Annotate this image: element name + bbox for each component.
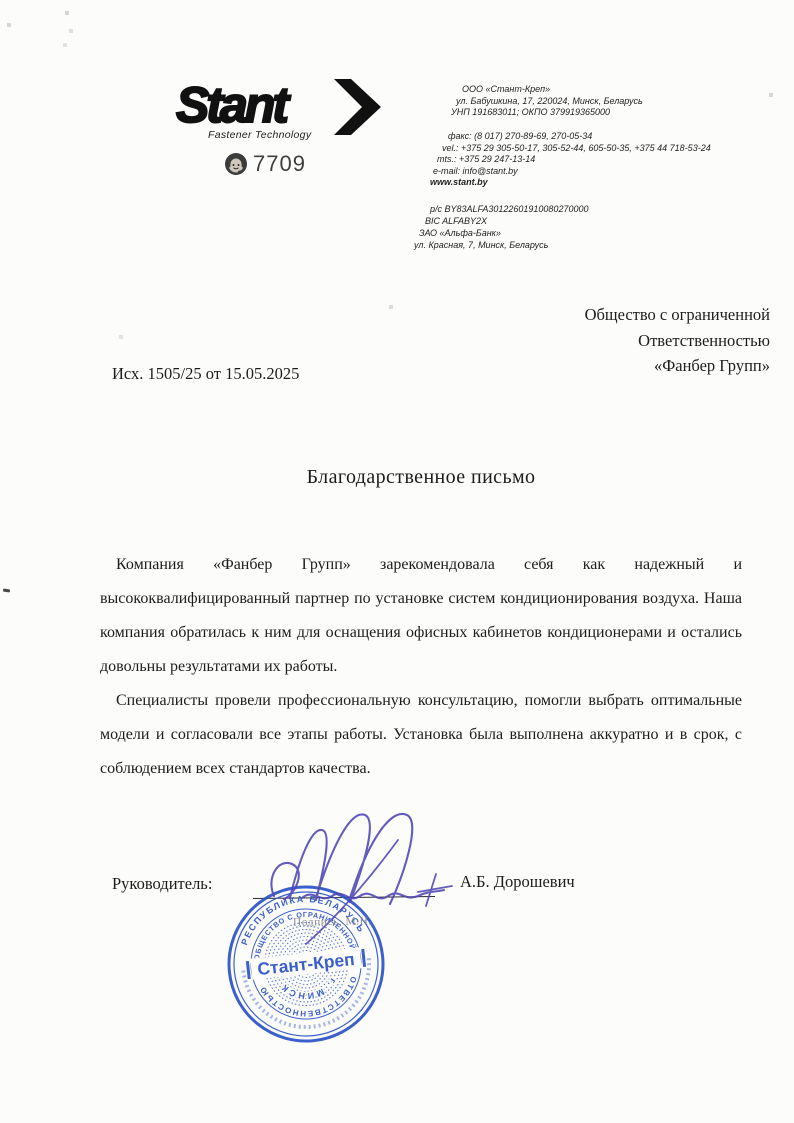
company-address: ул. Бабушкина, 17, 220024, Минск, Белару… <box>456 96 643 108</box>
logo-wordmark: Stant <box>176 80 311 130</box>
velcom-line: vel.: +375 29 305-50-17, 305-52-44, 605-… <box>442 143 711 155</box>
paragraph: Специалисты провели профессиональную кон… <box>100 684 742 786</box>
handwritten-signature-ink <box>246 806 496 951</box>
stamp-inner-bottom-text: г. МИНСК <box>278 976 340 1004</box>
operator-number: 7709 <box>253 151 306 177</box>
operator-headset-icon <box>224 152 248 176</box>
recipient-line: Общество с ограниченной <box>585 302 770 328</box>
paragraph: Компания «Фанбер Групп» зарекомендовала … <box>100 548 742 684</box>
company-logo: Stant Fastener Technology <box>176 80 311 141</box>
recipient-line: «Фанбер Групп» <box>585 353 770 379</box>
company-address-block: ООО «Стант-Креп» ул. Бабушкина, 17, 2200… <box>448 84 643 119</box>
stamp-overlay-note: Подпись, М.Н. <box>293 915 372 928</box>
logo-tagline: Fastener Technology <box>208 129 311 141</box>
bank-details-block: р/с BY83ALFA30122601910080270000 BIC ALF… <box>414 203 588 251</box>
email-line: e-mail: info@stant.by <box>433 166 711 178</box>
svg-text:г. МИНСК: г. МИНСК <box>278 976 340 1004</box>
reference-number: Исх. 1505/25 от 15.05.2025 <box>112 364 299 384</box>
bank-account: р/с BY83ALFA30122601910080270000 <box>430 203 588 215</box>
mts-line: mts.: +375 29 247-13-14 <box>437 154 711 166</box>
fax-line: факс: (8 017) 270-89-69, 270-05-34 <box>448 131 711 143</box>
letter-title: Благодарственное письмо <box>100 466 742 489</box>
bank-bic: BIC ALFABY2X <box>425 215 588 227</box>
logo-chevron-icon <box>334 78 384 138</box>
scan-noise <box>0 0 2 2</box>
support-line: 7709 <box>224 151 306 177</box>
contact-block: факс: (8 017) 270-89-69, 270-05-34 vel.:… <box>430 131 711 189</box>
scanned-letter-page: Stant Fastener Technology 7709 ООО «Стан… <box>0 0 794 1123</box>
signer-role-label: Руководитель: <box>112 874 212 894</box>
recipient-line: Ответственностью <box>585 328 770 354</box>
website: www.stant.by <box>430 177 711 189</box>
bank-name: ЗАО «Альфа-Банк» <box>419 227 588 239</box>
letter-body: Компания «Фанбер Групп» зарекомендовала … <box>100 548 742 786</box>
recipient-block: Общество с ограниченной Ответственностью… <box>585 302 770 379</box>
signer-name: А.Б. Дорошевич <box>460 872 575 892</box>
stamp-center-text: Стант-Креп <box>256 949 355 979</box>
company-registration-ids: УНП 191683011; ОКПО 379919365000 <box>451 107 643 119</box>
bank-address: ул. Красная, 7, Минск, Беларусь <box>414 239 588 251</box>
scan-edge-mark <box>3 589 10 593</box>
company-name: ООО «Стант-Креп» <box>462 84 643 96</box>
